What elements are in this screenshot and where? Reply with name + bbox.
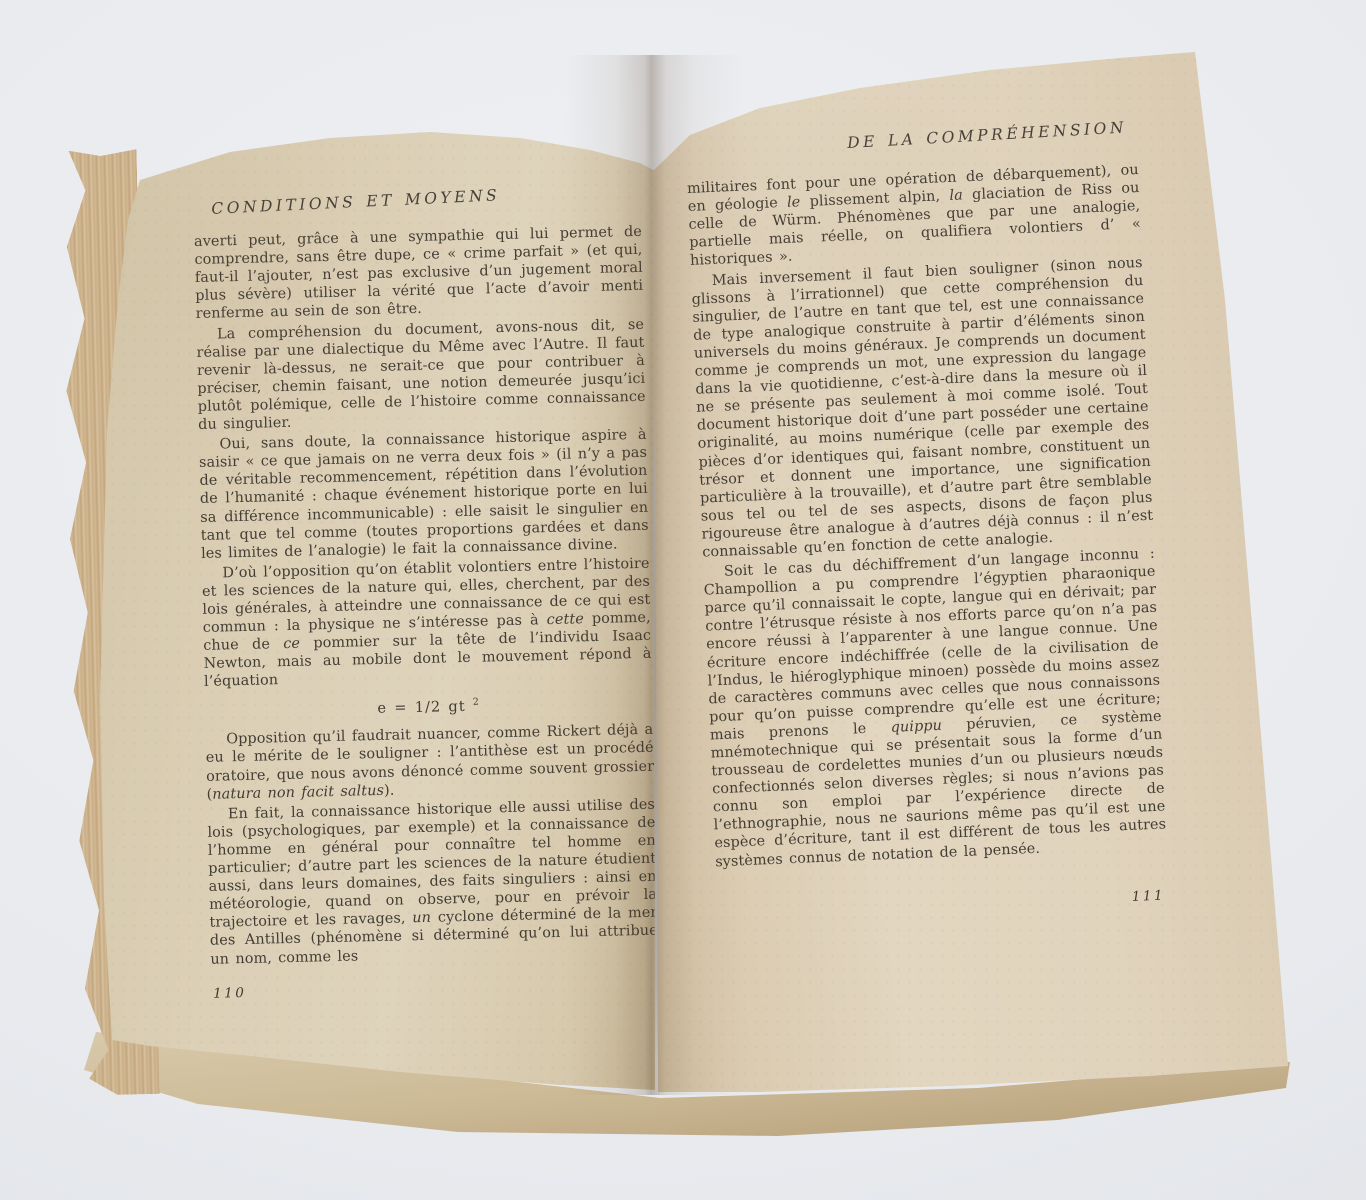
page-number-left: 110 [213, 974, 659, 1002]
running-head-left: CONDITIONS ET MOYENS [211, 180, 641, 218]
paragraph: Soit le cas du déchiffrement d’un langag… [703, 545, 1167, 871]
paragraph: En fait, la connaissance historique elle… [207, 795, 659, 968]
left-page-text: CONDITIONS ET MOYENS averti peut, grâce … [193, 185, 659, 1003]
paragraph: Oui, sans doute, la connaissance histori… [198, 426, 649, 563]
left-page-paragraphs: averti peut, grâce à une sympathie qui l… [194, 223, 659, 968]
book-photo: CONDITIONS ET MOYENS averti peut, grâce … [0, 0, 1366, 1200]
paragraph: averti peut, grâce à une sympathie qui l… [194, 223, 644, 324]
right-page: DE LA COMPRÉHENSION militaires font pour… [640, 40, 1310, 1100]
page-number-right: 111 [717, 886, 1165, 923]
equation: e = 1/2 gt 2 [204, 690, 652, 722]
paragraph: D’où l’opposition qu’on établit volontie… [201, 555, 652, 692]
left-page: CONDITIONS ET MOYENS averti peut, grâce … [85, 100, 660, 1100]
paragraph: militaires font pour une opération de dé… [687, 161, 1142, 270]
paragraph: Mais inversement il faut bien souligner … [691, 254, 1155, 562]
right-page-text: DE LA COMPRÉHENSION militaires font pour… [685, 121, 1169, 923]
running-head-right: DE LA COMPRÉHENSION [685, 118, 1127, 161]
paragraph: Opposition qu’il faudrait nuancer, comme… [205, 721, 655, 804]
right-page-paragraphs: militaires font pour une opération de dé… [687, 161, 1168, 871]
paragraph: La compréhension du document, avons-nous… [196, 315, 646, 434]
